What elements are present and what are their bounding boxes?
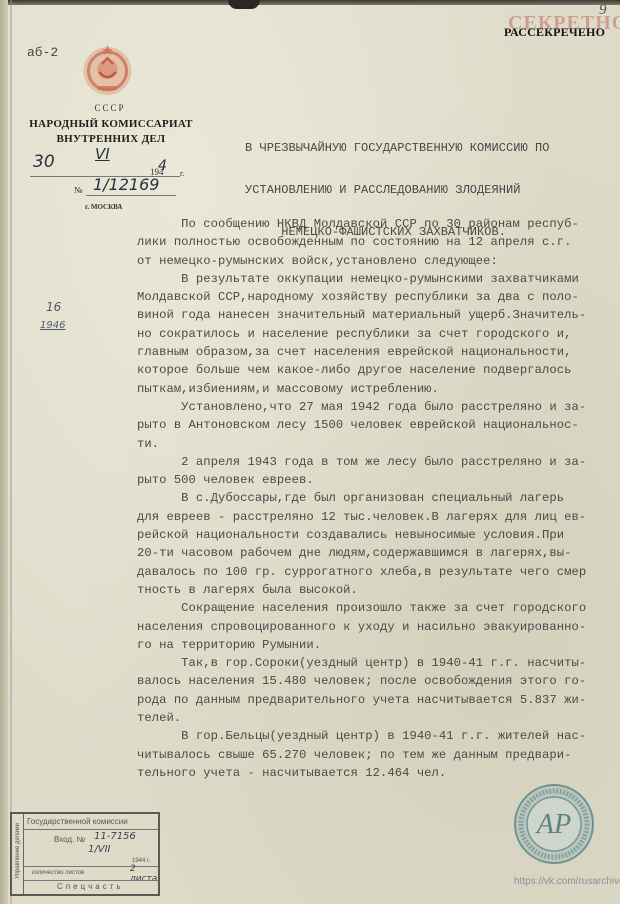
body-line: По сообщению НКВД Молдавской ССР по 30 р… <box>137 215 617 233</box>
stamp-title: Государственной комиссии <box>27 817 155 826</box>
body-line: ти. <box>137 435 617 453</box>
margin-note-year: 1946 <box>40 320 65 331</box>
body-line: которое больше чем какое-либо другое нас… <box>137 361 617 379</box>
body-line: Установлено,что 27 мая 1942 года было ра… <box>137 398 617 416</box>
country-label: СССР <box>90 103 130 113</box>
organization-line-2: ВНУТРЕННИХ ДЕЛ <box>27 132 195 147</box>
stamp-sheets-value: 2 листа <box>130 864 158 884</box>
body-line: валось населения 15.480 человек; после о… <box>137 672 617 690</box>
body-line: читывалось свыше 65.270 человек; по тем … <box>137 746 617 764</box>
binder-notch <box>228 0 260 9</box>
body-line: от немецко-румынских войск,установлено с… <box>137 252 617 270</box>
body-line: рыто 500 человек евреев. <box>137 471 617 489</box>
date-month: VI <box>95 145 110 163</box>
organization-name: НАРОДНЫЙ КОМИССАРИАТ ВНУТРЕННИХ ДЕЛ <box>27 117 195 147</box>
document-body: По сообщению НКВД Молдавской ССР по 30 р… <box>137 215 617 782</box>
body-line: Так,в гор.Сороки(уездный центр) в 1940-4… <box>137 654 617 672</box>
body-line: В гор.Бельцы(уездный центр) в 1940-41 г.… <box>137 727 617 745</box>
organization-line-1: НАРОДНЫЙ КОМИССАРИАТ <box>27 117 195 132</box>
body-line: пыткам,избиениям,и массовому истреблению… <box>137 380 617 398</box>
registration-stamp: Управление делами Государственной комисс… <box>10 812 160 896</box>
file-code: аб-2 <box>27 45 58 60</box>
body-line: рейской национальности создавались невын… <box>137 526 617 544</box>
body-line: В результате оккупации немецко-румынским… <box>137 270 617 288</box>
body-line: тность в лагерях была высокой. <box>137 581 617 599</box>
svg-text:АР: АР <box>535 809 571 840</box>
stamp-footer: Спецчасть <box>57 882 155 891</box>
body-line: 20-ти часовом рабочем дне людям,содержав… <box>137 544 617 562</box>
body-line: Молдавской ССР,народному хозяйству респу… <box>137 288 617 306</box>
body-line: Сокращение населения произошло также за … <box>137 599 617 617</box>
stamp-side-label: Управление делами <box>12 814 24 894</box>
body-line: виной года нанесен значительный материал… <box>137 306 617 324</box>
page-top-edge <box>0 0 620 5</box>
body-line: телей. <box>137 709 617 727</box>
city-label: г. МОСКВА <box>85 203 122 211</box>
declassified-stamp: РАССЕКРЕЧЕНО <box>504 25 605 40</box>
fold-line <box>10 0 12 904</box>
body-line: рода по данным предварительного учета на… <box>137 691 617 709</box>
body-line: давалось по 100 гр. суррогатного хлеба,в… <box>137 563 617 581</box>
stamp-date: 1/VII <box>88 844 110 855</box>
stamp-incoming-number: 11-7156 <box>94 831 136 842</box>
addressee-line: В ЧРЕЗВЫЧАЙНУЮ ГОСУДАРСТВЕННУЮ КОМИССИЮ … <box>245 141 550 155</box>
body-line: 2 апреля 1943 года в том же лесу было ра… <box>137 453 617 471</box>
margin-note-number: 16 <box>46 300 61 314</box>
date-year-suffix: 4 <box>158 158 167 174</box>
number-underline <box>86 195 176 196</box>
body-line: тельного учета - насчитывается 12.464 че… <box>137 764 617 782</box>
date-year-mark: г. <box>180 169 184 178</box>
addressee-line: УСТАНОВЛЕНИЮ И РАССЛЕДОВАНИЮ ЗЛОДЕЯНИЙ <box>245 183 550 197</box>
document-page: СЕКРЕТНО 9 РАССЕКРЕЧЕНО аб-2 СССР НАРОДН… <box>0 0 620 904</box>
body-line: населения спровоцированного к уходу и на… <box>137 618 617 636</box>
body-line: го на территорию Румынии. <box>137 636 617 654</box>
body-line: рыто в Антоновском лесу 1500 человек евр… <box>137 416 617 434</box>
watermark-url: https://vk.com/rusarchives <box>514 876 620 887</box>
document-number: 1/12169 <box>93 175 159 194</box>
binding-edge <box>0 0 8 904</box>
body-line: но сократилось и население республики за… <box>137 325 617 343</box>
body-line: для евреев - расстреляно 12 тыс.человек.… <box>137 508 617 526</box>
state-archive-seal-icon: АР <box>513 783 595 865</box>
body-line: В с.Дубоссары,где был организован специа… <box>137 489 617 507</box>
date-day: 30 <box>33 152 55 172</box>
number-label: № <box>74 185 83 195</box>
body-line: главным образом,за счет населения еврейс… <box>137 343 617 361</box>
page-number: 9 <box>599 2 607 19</box>
body-line: лики полностью освобожденным по состояни… <box>137 233 617 251</box>
ussr-coat-of-arms-icon <box>80 42 135 97</box>
